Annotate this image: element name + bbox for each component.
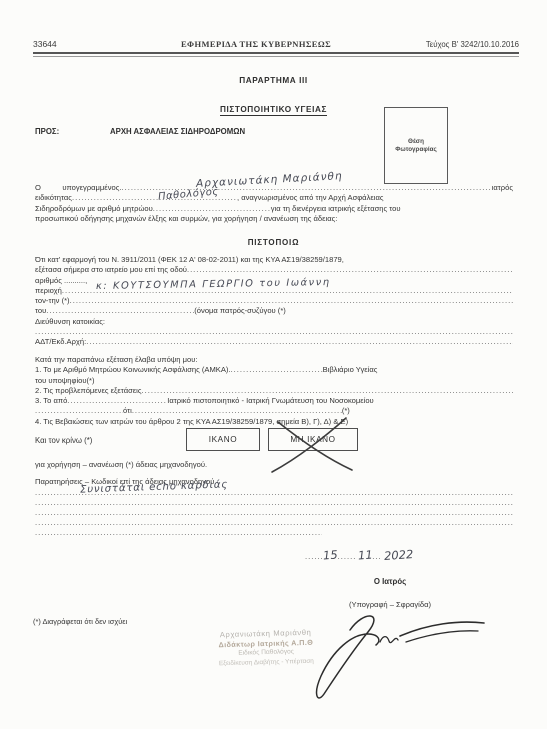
- handwritten-date-year: 2022: [384, 547, 414, 563]
- certify-line: τον-την (*) ............................…: [35, 296, 513, 306]
- certify-line: ........................................…: [35, 327, 513, 337]
- intro-line: ειδικότητας ............................…: [35, 193, 513, 203]
- unfit-option-box: ΜΗ ΙΚΑΝΟ: [268, 428, 358, 451]
- review-item: του υποψηφίου(*): [35, 376, 513, 386]
- purpose-text: για χορήγηση – ανανέωση (*) άδειας μηχαν…: [35, 460, 207, 469]
- review-heading: Κατά την παραπάνω εξέταση έλαβα υπόψη μο…: [35, 355, 513, 365]
- handwritten-date-month: 11: [357, 548, 373, 563]
- doctor-signature: [288, 606, 493, 701]
- blank-father-name: ........................................…: [46, 306, 194, 316]
- remarks-line: ........................................…: [35, 528, 322, 538]
- blank-finding: ........................................…: [132, 406, 342, 416]
- review-item: 2. Τις προβλεπόμενες εξετάσεις .........…: [35, 386, 513, 396]
- issue-number: Τεύχος Β' 3242/10.10.2016: [389, 40, 519, 49]
- certify-line: του ....................................…: [35, 306, 513, 316]
- blank-registry-number: ........................................…: [153, 204, 271, 214]
- remarks-lines: ........................................…: [35, 488, 513, 538]
- certify-line: Ότι κατ' εφαρμογή του Ν. 3911/2011 (ΦΕΚ …: [35, 255, 513, 265]
- certificate-title: ΠΙΣΤΟΠΟΙΗΤΙΚΟ ΥΓΕΙΑΣ: [0, 99, 547, 117]
- review-item: 1. Το με Αριθμό Μητρώου Κοινωνικής Ασφάλ…: [35, 365, 513, 375]
- header-rule-thin: [33, 56, 519, 57]
- gazette-header: 33644 ΕΦΗΜΕΡΙΔΑ ΤΗΣ ΚΥΒΕΡΝΗΣΕΩΣ Τεύχος Β…: [33, 39, 519, 49]
- annex-title: ΠΑΡΑΡΤΗΜΑ ΙΙΙ: [0, 76, 547, 85]
- certify-line: ΑΔΤ/Εκδ.Αρχή: ..........................…: [35, 337, 513, 347]
- header-rule-thick: [33, 52, 519, 54]
- recipient-row: ΠΡΟΣ: ΑΡΧΗ ΑΣΦΑΛΕΙΑΣ ΣΙΔΗΡΟΔΡΟΜΩΝ: [35, 127, 245, 136]
- intro-paragraph: Ο υπογεγραμμένος. ......................…: [35, 183, 513, 224]
- review-item: ........................................…: [35, 406, 513, 416]
- handwritten-date-day: 15: [323, 548, 339, 563]
- certify-heading: ΠΙΣΤΟΠΟΙΩ: [0, 238, 547, 247]
- certify-section: Ότι κατ' εφαρμογή του Ν. 3911/2011 (ΦΕΚ …: [35, 255, 513, 348]
- remarks-line: ........................................…: [35, 508, 513, 518]
- page-number: 33644: [33, 39, 123, 49]
- date-line: ...... 15 ...... 11 ... 2022: [305, 548, 414, 562]
- footnote: (*) Διαγράφεται ότι δεν ισχύει: [33, 617, 127, 626]
- blank-home-address: ........................................…: [35, 327, 513, 337]
- certify-line: Διεύθυνση κατοικίας:: [35, 317, 513, 327]
- document-page: 33644 ΕΦΗΜΕΡΙΔΑ ΤΗΣ ΚΥΒΕΡΝΗΣΕΩΣ Τεύχος Β…: [0, 0, 547, 729]
- review-item: 4. Τις Βεβαιώσεις των ιατρών του άρθρου …: [35, 417, 513, 427]
- blank-exams: ........................................…: [142, 386, 514, 396]
- blank-street: ........................................…: [187, 265, 513, 275]
- recipient-label: ΠΡΟΣ:: [35, 127, 110, 136]
- blank-amka: ........................................…: [231, 365, 323, 375]
- verdict-label: Και τον κρίνω (*): [35, 436, 92, 445]
- doctor-label: Ο Ιατρός: [330, 577, 450, 586]
- review-section: Κατά την παραπάνω εξέταση έλαβα υπόψη μο…: [35, 355, 513, 427]
- review-item: 3. Το από ..............................…: [35, 396, 513, 406]
- certify-line: εξέτασα σήμερα στο ιατρείο μου επί της ο…: [35, 265, 513, 275]
- intro-line: Σιδηροδρόμων με αριθμό μητρώου .........…: [35, 204, 513, 214]
- fit-option-box: ΙΚΑΝΟ: [186, 428, 260, 451]
- blank-id-card: ........................................…: [86, 337, 513, 347]
- photo-box-label: Θέση Φωτογραφίας: [394, 138, 438, 154]
- intro-line: προσωπικού οδήγησης μηχανών έλξης και συ…: [35, 214, 513, 224]
- gazette-title: ΕΦΗΜΕΡΙΔΑ ΤΗΣ ΚΥΒΕΡΝΗΣΕΩΣ: [123, 39, 389, 49]
- blank-hospital: ........................................…: [35, 406, 123, 416]
- blank-candidate-name: ........................................…: [70, 296, 513, 306]
- remarks-line: ........................................…: [35, 518, 513, 528]
- recipient-value: ΑΡΧΗ ΑΣΦΑΛΕΙΑΣ ΣΙΔΗΡΟΔΡΟΜΩΝ: [110, 127, 245, 136]
- remarks-line: ........................................…: [35, 498, 513, 508]
- blank-cert-date: ........................................…: [67, 396, 167, 406]
- photo-box: Θέση Φωτογραφίας: [384, 107, 448, 184]
